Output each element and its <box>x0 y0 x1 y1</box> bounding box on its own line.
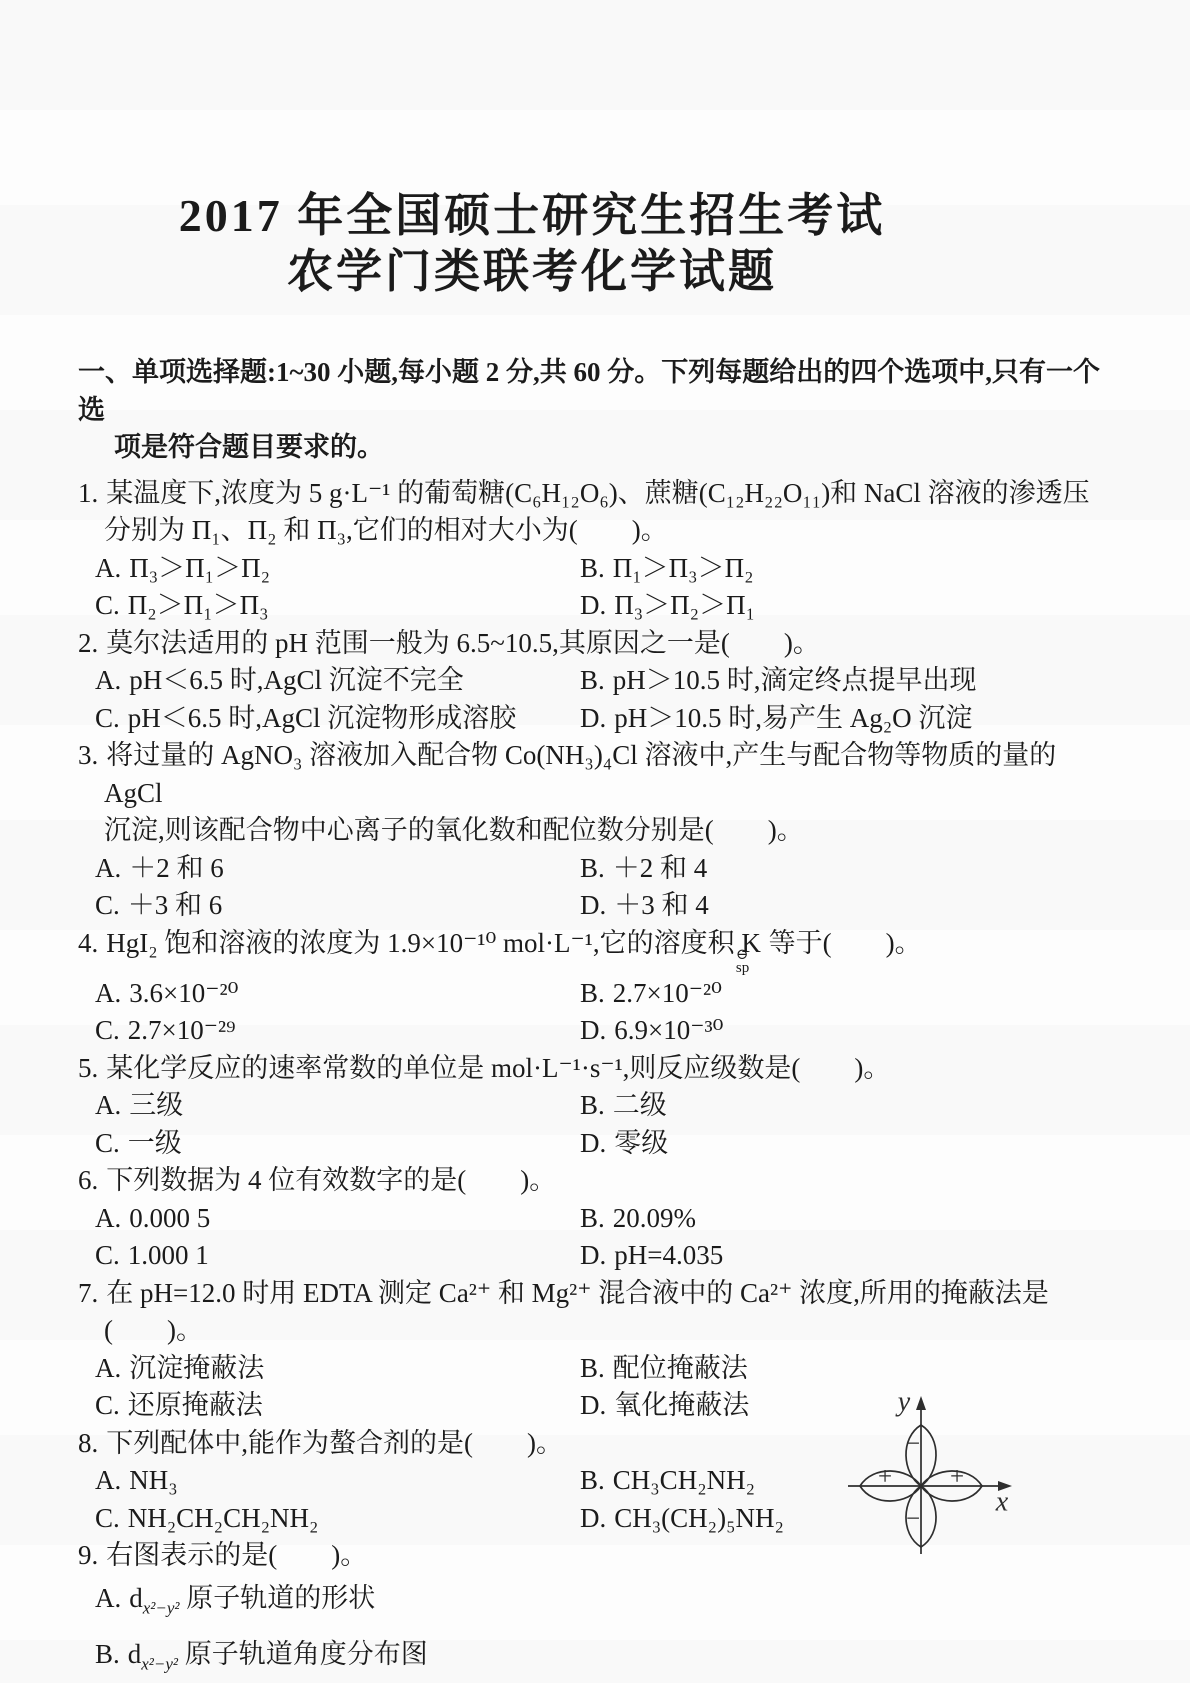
question-2-number: 2. <box>78 628 98 658</box>
option-label: B. <box>580 853 605 883</box>
question-2-option-b: B.pH＞10.5 时,滴定终点提早出现 <box>580 662 1120 700</box>
question-1-option-c: C.Π₂＞Π₁＞Π₃ <box>95 587 580 625</box>
question-3-option-a: A.＋2 和 6 <box>95 850 580 888</box>
option-text: 1.000 1 <box>128 1240 209 1270</box>
option-text: ＋3 和 4 <box>614 890 709 920</box>
question-9-number: 9. <box>78 1540 98 1570</box>
option-text: ＋2 和 6 <box>129 853 224 883</box>
question-5-option-c: C.一级 <box>95 1125 580 1163</box>
question-7-stem-line1: 在 pH=12.0 时用 EDTA 测定 Ca²⁺ 和 Mg²⁺ 混合液中的 C… <box>104 1278 1049 1346</box>
question-3-stem-line2: 沉淀,则该配合物中心离子的氧化数和配位数分别是( )。 <box>104 815 804 845</box>
option-label: C. <box>95 1015 120 1045</box>
option-text: 6.9×10⁻³⁰ <box>614 1015 723 1045</box>
question-4-stem-post: 等于( )。 <box>762 928 922 958</box>
question-3-option-b: B.＋2 和 4 <box>580 850 1120 888</box>
left-lobe-sign: + <box>878 1464 892 1491</box>
question-4-stem: 4.HgI₂ 饱和溶液的浓度为 1.9×10⁻¹⁰ mol·L⁻¹,它的溶度积 … <box>78 925 1120 975</box>
question-2-option-a: A.pH＜6.5 时,AgCl 沉淀不完全 <box>95 662 580 700</box>
option-text: 零级 <box>614 1128 668 1158</box>
option-label: D. <box>580 1240 606 1270</box>
question-4-option-d: D.6.9×10⁻³⁰ <box>580 1012 1120 1050</box>
question-2-option-c: C.pH＜6.5 时,AgCl 沉淀物形成溶胶 <box>95 700 580 738</box>
option-label: D. <box>580 703 606 733</box>
question-6-option-c: C.1.000 1 <box>95 1237 580 1275</box>
option-label: D. <box>580 590 606 620</box>
option-text: pH＜6.5 时,AgCl 沉淀不完全 <box>129 665 464 695</box>
question-6-stem: 6.下列数据为 4 位有效数字的是( )。 <box>78 1162 1120 1200</box>
option-text: CH₃(CH₂)₅NH₂ <box>614 1503 784 1533</box>
option-text: 配位掩蔽法 <box>613 1353 748 1383</box>
option-label: A. <box>95 665 121 695</box>
option-text-post: 原子轨道的形状 <box>180 1583 376 1613</box>
option-text: Π₂＞Π₁＞Π₃ <box>128 590 269 620</box>
question-5-option-a: A.三级 <box>95 1087 580 1125</box>
option-text: NH₂CH₂CH₂NH₂ <box>128 1503 319 1533</box>
option-label: B. <box>95 1639 120 1669</box>
question-8-stem-line1: 下列配体中,能作为螯合剂的是( )。 <box>106 1428 563 1458</box>
option-label: C. <box>95 1128 120 1158</box>
question-1-option-b: B.Π₁＞Π₃＞Π₂ <box>580 550 1120 588</box>
exam-paper-page: 2017 年全国硕士研究生招生考试 农学门类联考化学试题 一、单项选择题:1~3… <box>0 0 1190 1683</box>
orbital-subscript: x²−y² <box>141 1654 178 1673</box>
question-9-option-a: A.dx²−y² 原子轨道的形状 <box>78 1575 1120 1631</box>
option-text: Π₃＞Π₂＞Π₁ <box>614 590 755 620</box>
question-5-option-b: B.二级 <box>580 1087 1120 1125</box>
option-label: C. <box>95 890 120 920</box>
question-6-option-b: B.20.09% <box>580 1200 1120 1238</box>
x-axis-label: x <box>995 1487 1009 1518</box>
question-1-options: A.Π₃＞Π₁＞Π₂ B.Π₁＞Π₃＞Π₂ C.Π₂＞Π₁＞Π₃ D.Π₃＞Π₂… <box>78 550 1120 625</box>
question-9-option-b: B.dx²−y² 原子轨道角度分布图 <box>78 1631 1120 1683</box>
question-2-options: A.pH＜6.5 时,AgCl 沉淀不完全 B.pH＞10.5 时,滴定终点提早… <box>78 662 1120 737</box>
option-label: B. <box>580 1090 605 1120</box>
option-label: C. <box>95 1240 120 1270</box>
question-1: 1.某温度下,浓度为 5 g·L⁻¹ 的葡萄糖(C₆H₁₂O₆)、蔗糖(C₁₂H… <box>78 475 1120 625</box>
question-3-options: A.＋2 和 6 B.＋2 和 4 C.＋3 和 6 D.＋3 和 4 <box>78 850 1120 925</box>
option-text: Π₃＞Π₁＞Π₂ <box>129 553 270 583</box>
option-label: C. <box>95 703 120 733</box>
question-8-number: 8. <box>78 1428 98 1458</box>
option-text: pH＞10.5 时,滴定终点提早出现 <box>613 665 977 695</box>
question-2-stem: 2.莫尔法适用的 pH 范围一般为 6.5~10.5,其原因之一是( )。 <box>78 625 1120 663</box>
question-1-option-a: A.Π₃＞Π₁＞Π₂ <box>95 550 580 588</box>
question-6-options: A.0.000 5 B.20.09% C.1.000 1 D.pH=4.035 <box>78 1200 1120 1275</box>
option-label: C. <box>95 590 120 620</box>
question-6-number: 6. <box>78 1165 98 1195</box>
option-label: A. <box>95 853 121 883</box>
question-1-stem-line1: 某温度下,浓度为 5 g·L⁻¹ 的葡萄糖(C₆H₁₂O₆)、蔗糖(C₁₂H₂₂… <box>106 478 1089 508</box>
orbital-subscript: x²−y² <box>143 1598 180 1617</box>
option-text: ＋2 和 4 <box>613 853 708 883</box>
option-label: B. <box>580 1353 605 1383</box>
option-label: D. <box>580 1015 606 1045</box>
option-text: 一级 <box>128 1128 182 1158</box>
orbital-figure-svg: − − + + y x <box>828 1382 1018 1572</box>
exam-title-line2: 农学门类联考化学试题 <box>78 244 986 300</box>
top-lobe-sign: − <box>906 1431 920 1458</box>
right-lobe-sign: + <box>950 1464 964 1491</box>
question-4-stem-pre: HgI₂ 饱和溶液的浓度为 1.9×10⁻¹⁰ mol·L⁻¹,它的溶度积 <box>106 928 741 958</box>
question-7-option-c: C.还原掩蔽法 <box>95 1387 580 1425</box>
question-5-stem: 5.某化学反应的速率常数的单位是 mol·L⁻¹·s⁻¹,则反应级数是( )。 <box>78 1050 1120 1088</box>
question-4: 4.HgI₂ 饱和溶液的浓度为 1.9×10⁻¹⁰ mol·L⁻¹,它的溶度积 … <box>78 925 1120 1050</box>
option-text: Π₁＞Π₃＞Π₂ <box>613 553 754 583</box>
option-text: 氧化掩蔽法 <box>614 1390 749 1420</box>
question-6-option-d: D.pH=4.035 <box>580 1237 1120 1275</box>
question-7-stem: 7.在 pH=12.0 时用 EDTA 测定 Ca²⁺ 和 Mg²⁺ 混合液中的… <box>78 1275 1120 1350</box>
question-3-option-d: D.＋3 和 4 <box>580 887 1120 925</box>
option-text-pre: d <box>128 1639 142 1669</box>
option-text: 3.6×10⁻²⁰ <box>129 978 238 1008</box>
question-1-option-d: D.Π₃＞Π₂＞Π₁ <box>580 587 1120 625</box>
orbital-figure: − − + + y x <box>828 1382 1018 1572</box>
question-1-stem-line2: 分别为 Π₁、Π₂ 和 Π₃,它们的相对大小为( )。 <box>104 515 668 545</box>
option-label: A. <box>95 1583 121 1613</box>
option-text: pH=4.035 <box>614 1240 723 1270</box>
option-text: 20.09% <box>613 1203 696 1233</box>
question-1-number: 1. <box>78 478 98 508</box>
option-text: NH₃ <box>129 1465 177 1495</box>
question-4-option-c: C.2.7×10⁻²⁹ <box>95 1012 580 1050</box>
question-4-options: A.3.6×10⁻²⁰ B.2.7×10⁻²⁰ C.2.7×10⁻²⁹ D.6.… <box>78 975 1120 1050</box>
section-instructions-line2: 项是符合题目要求的。 <box>78 429 1120 467</box>
option-label: D. <box>580 890 606 920</box>
section-instructions-line1: 一、单项选择题:1~30 小题,每小题 2 分,共 60 分。下列每题给出的四个… <box>78 354 1120 429</box>
question-6: 6.下列数据为 4 位有效数字的是( )。 A.0.000 5 B.20.09%… <box>78 1162 1120 1275</box>
question-1-stem: 1.某温度下,浓度为 5 g·L⁻¹ 的葡萄糖(C₆H₁₂O₆)、蔗糖(C₁₂H… <box>78 475 1120 550</box>
option-text: 2.7×10⁻²⁹ <box>128 1015 236 1045</box>
question-5-option-d: D.零级 <box>580 1125 1120 1163</box>
bottom-lobe-sign: − <box>906 1506 920 1533</box>
option-text: 0.000 5 <box>129 1203 210 1233</box>
option-text-pre: d <box>129 1583 143 1613</box>
question-7-number: 7. <box>78 1278 98 1308</box>
option-text: ＋3 和 6 <box>128 890 223 920</box>
question-4-number: 4. <box>78 928 98 958</box>
option-text: 沉淀掩蔽法 <box>129 1353 264 1383</box>
y-axis-label: y <box>895 1387 911 1418</box>
question-2-stem-line1: 莫尔法适用的 pH 范围一般为 6.5~10.5,其原因之一是( )。 <box>106 628 820 658</box>
y-axis-arrow <box>916 1396 926 1410</box>
option-label: B. <box>580 1465 605 1495</box>
option-label: B. <box>580 1203 605 1233</box>
option-label: A. <box>95 553 121 583</box>
question-3-stem-line1: 将过量的 AgNO₃ 溶液加入配合物 Co(NH₃)₄Cl 溶液中,产生与配合物… <box>104 740 1056 808</box>
option-text: 二级 <box>613 1090 667 1120</box>
option-label: C. <box>95 1390 120 1420</box>
option-label: B. <box>580 978 605 1008</box>
question-5-stem-line1: 某化学反应的速率常数的单位是 mol·L⁻¹·s⁻¹,则反应级数是( )。 <box>106 1053 890 1083</box>
option-label: A. <box>95 978 121 1008</box>
question-6-stem-line1: 下列数据为 4 位有效数字的是( )。 <box>106 1165 556 1195</box>
option-text: pH＜6.5 时,AgCl 沉淀物形成溶胶 <box>128 703 517 733</box>
question-4-option-a: A.3.6×10⁻²⁰ <box>95 975 580 1013</box>
option-text: 还原掩蔽法 <box>128 1390 263 1420</box>
question-9-stem-line1: 右图表示的是( )。 <box>106 1540 367 1570</box>
option-label: D. <box>580 1503 606 1533</box>
option-text: pH＞10.5 时,易产生 Ag₂O 沉淀 <box>614 703 972 733</box>
option-text: 三级 <box>129 1090 183 1120</box>
question-3: 3.将过量的 AgNO₃ 溶液加入配合物 Co(NH₃)₄Cl 溶液中,产生与配… <box>78 737 1120 925</box>
option-label: A. <box>95 1203 121 1233</box>
section-instructions: 一、单项选择题:1~30 小题,每小题 2 分,共 60 分。下列每题给出的四个… <box>78 354 1120 467</box>
question-6-option-a: A.0.000 5 <box>95 1200 580 1238</box>
option-label: D. <box>580 1390 606 1420</box>
question-5-number: 5. <box>78 1053 98 1083</box>
question-8-option-c: C.NH₂CH₂CH₂NH₂ <box>95 1500 580 1538</box>
question-4-option-b: B.2.7×10⁻²⁰ <box>580 975 1120 1013</box>
question-8-option-a: A.NH₃ <box>95 1462 580 1500</box>
question-5-options: A.三级 B.二级 C.一级 D.零级 <box>78 1087 1120 1162</box>
option-text: CH₃CH₂NH₂ <box>613 1465 755 1495</box>
question-2: 2.莫尔法适用的 pH 范围一般为 6.5~10.5,其原因之一是( )。 A.… <box>78 625 1120 738</box>
option-label: D. <box>580 1128 606 1158</box>
question-5: 5.某化学反应的速率常数的单位是 mol·L⁻¹·s⁻¹,则反应级数是( )。 … <box>78 1050 1120 1163</box>
option-label: B. <box>580 553 605 583</box>
option-label: C. <box>95 1503 120 1533</box>
exam-title-line1: 2017 年全国硕士研究生招生考试 <box>78 188 986 244</box>
option-label: A. <box>95 1465 121 1495</box>
exam-title-block: 2017 年全国硕士研究生招生考试 农学门类联考化学试题 <box>78 0 986 300</box>
option-label: A. <box>95 1090 121 1120</box>
question-7-option-a: A.沉淀掩蔽法 <box>95 1350 580 1388</box>
question-3-option-c: C.＋3 和 6 <box>95 887 580 925</box>
question-3-number: 3. <box>78 740 98 770</box>
question-2-option-d: D.pH＞10.5 时,易产生 Ag₂O 沉淀 <box>580 700 1120 738</box>
option-text-post: 原子轨道角度分布图 <box>178 1639 428 1669</box>
option-label: A. <box>95 1353 121 1383</box>
option-label: B. <box>580 665 605 695</box>
question-3-stem: 3.将过量的 AgNO₃ 溶液加入配合物 Co(NH₃)₄Cl 溶液中,产生与配… <box>78 737 1120 850</box>
solubility-product-symbol: K⊖sp <box>741 928 762 958</box>
option-text: 2.7×10⁻²⁰ <box>613 978 722 1008</box>
